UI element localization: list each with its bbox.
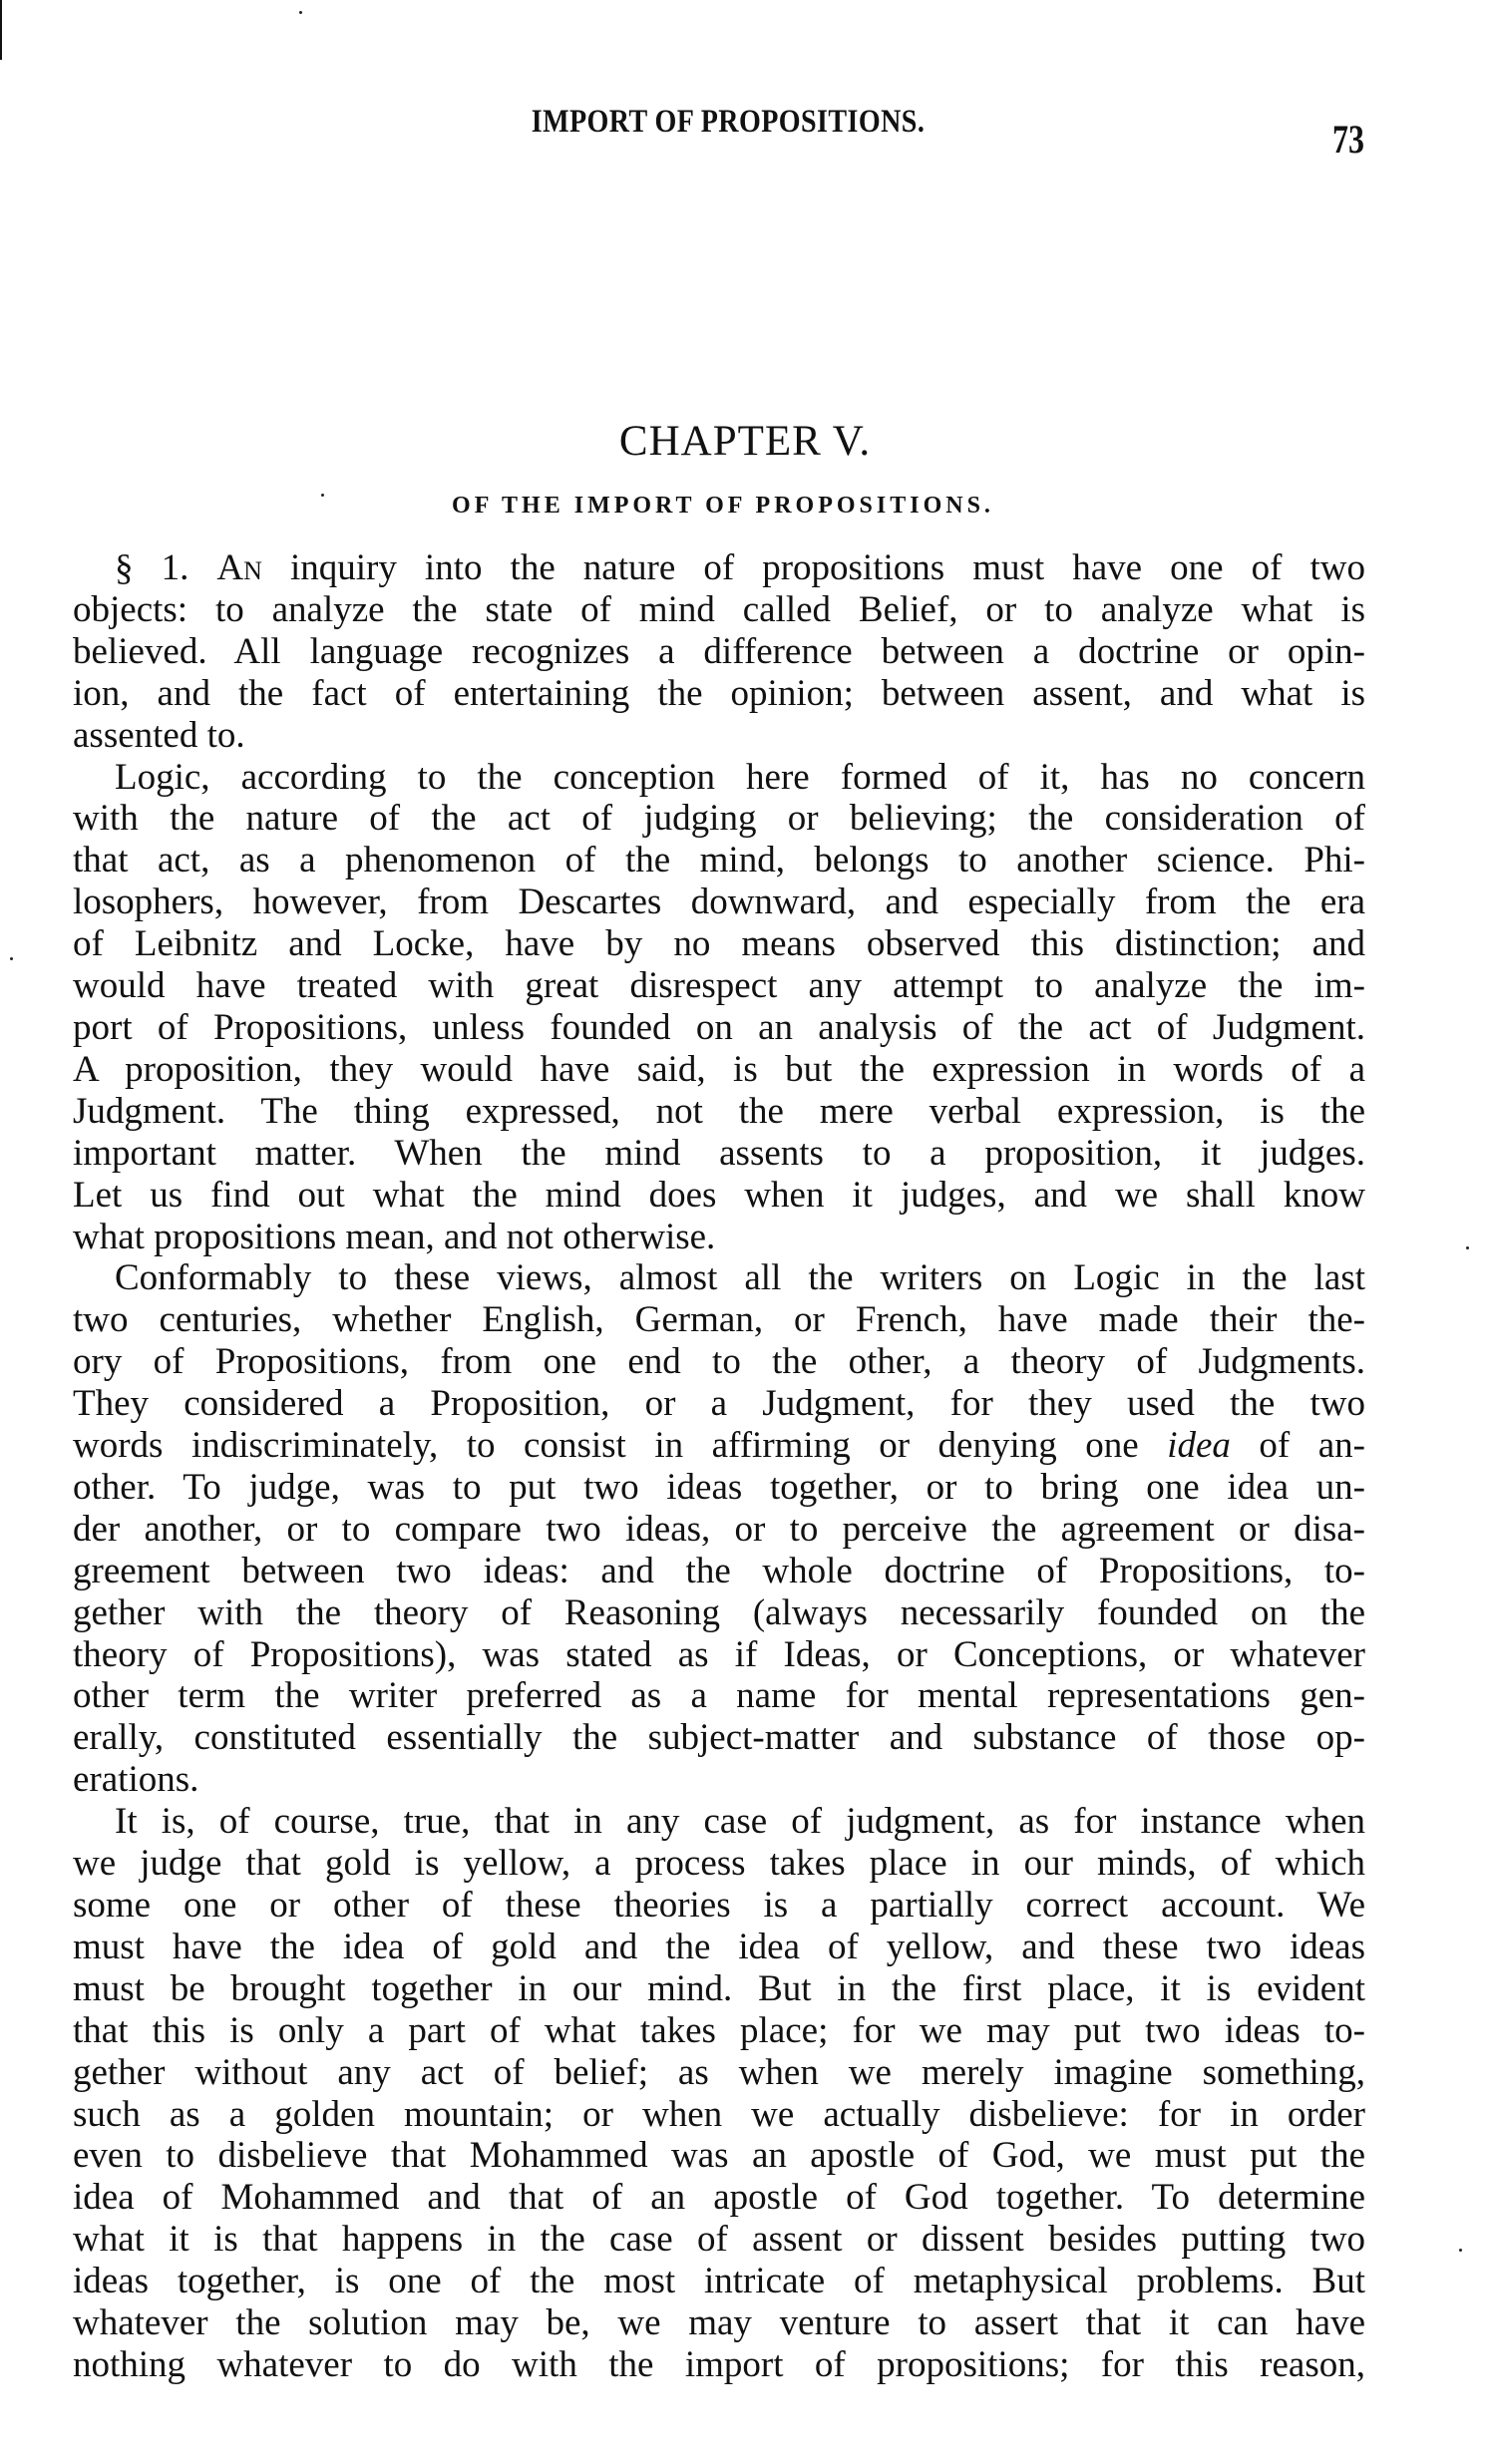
- scan-speck: [10, 957, 13, 960]
- text-line: Conformably to these views, almost all t…: [73, 1257, 1365, 1299]
- scan-speck: [299, 11, 302, 14]
- body-text: § 1. An inquiry into the nature of propo…: [73, 547, 1365, 2386]
- chapter-subtitle: OF THE IMPORT OF PROPOSITIONS.: [0, 493, 1446, 520]
- scan-speck: [1466, 1246, 1469, 1249]
- text-line: other term the writer preferred as a nam…: [73, 1675, 1365, 1717]
- text-line: important matter. When the mind assents …: [73, 1133, 1365, 1175]
- section-marker: § 1.: [115, 547, 188, 588]
- text-line: erally, constituted essentially the subj…: [73, 1717, 1365, 1759]
- text-line: theory of Propositions), was stated as i…: [73, 1634, 1365, 1676]
- text-line: A proposition, they would have said, is …: [73, 1049, 1365, 1091]
- scan-edge-mark: [0, 0, 2, 60]
- text-line: words indiscriminately, to consist in af…: [73, 1425, 1365, 1467]
- text-line: idea of Mohammed and that of an apostle …: [73, 2177, 1365, 2219]
- text-line: such as a golden mountain; or when we ac…: [73, 2094, 1365, 2136]
- chapter-title: CHAPTER V.: [0, 417, 1490, 466]
- text-line: two centuries, whether English, German, …: [73, 1299, 1365, 1341]
- text-line: must be brought together in our mind. Bu…: [73, 1968, 1365, 2010]
- text-line: der another, or to compare two ideas, or…: [73, 1509, 1365, 1551]
- text-line: They considered a Proposition, or a Judg…: [73, 1383, 1365, 1425]
- text-line: that act, as a phenomenon of the mind, b…: [73, 840, 1365, 881]
- text-line: what it is that happens in the case of a…: [73, 2219, 1365, 2261]
- text-line: losophers, however, from Descartes downw…: [73, 881, 1365, 923]
- text-line: even to disbelieve that Mohammed was an …: [73, 2135, 1365, 2177]
- text-line: objects: to analyze the state of mind ca…: [73, 589, 1365, 631]
- text-line: § 1. An inquiry into the nature of propo…: [73, 547, 1365, 589]
- text-line: believed. All language recognizes a diff…: [73, 631, 1365, 673]
- text-line: port of Propositions, unless founded on …: [73, 1007, 1365, 1049]
- text-line: whatever the solution may be, we may ven…: [73, 2302, 1365, 2344]
- text-line: must have the idea of gold and the idea …: [73, 1927, 1365, 1968]
- text-line: we judge that gold is yellow, a process …: [73, 1843, 1365, 1885]
- text-line: with the nature of the act of judging or…: [73, 798, 1365, 840]
- running-head: IMPORT OF PROPOSITIONS.: [517, 104, 940, 141]
- paragraph: Logic, according to the conception here …: [73, 757, 1365, 1258]
- text-line: ion, and the fact of entertaining the op…: [73, 673, 1365, 715]
- text-line: Logic, according to the conception here …: [73, 757, 1365, 799]
- text-line: ory of Propositions, from one end to the…: [73, 1341, 1365, 1383]
- text-line: would have treated with great disrespect…: [73, 965, 1365, 1007]
- paragraph: § 1. An inquiry into the nature of propo…: [73, 547, 1365, 757]
- scan-speck: [1459, 2249, 1462, 2252]
- italic-term: idea: [1167, 1425, 1231, 1466]
- text-line: of Leibnitz and Locke, have by no means …: [73, 923, 1365, 965]
- text-line: gether with the theory of Reasoning (alw…: [73, 1592, 1365, 1634]
- page-number: 73: [1332, 116, 1364, 163]
- paragraph: Conformably to these views, almost all t…: [73, 1257, 1365, 1801]
- text-line: It is, of course, true, that in any case…: [73, 1801, 1365, 1843]
- text-line: what propositions mean, and not otherwis…: [73, 1217, 1365, 1258]
- paragraph: It is, of course, true, that in any case…: [73, 1801, 1365, 2386]
- text-line: that this is only a part of what takes p…: [73, 2010, 1365, 2052]
- text-line: other. To judge, was to put two ideas to…: [73, 1467, 1365, 1509]
- text-line: Let us find out what the mind does when …: [73, 1175, 1365, 1217]
- text-line: gether without any act of belief; as whe…: [73, 2052, 1365, 2094]
- text-line: greement between two ideas: and the whol…: [73, 1551, 1365, 1592]
- text-line: assented to.: [73, 715, 1365, 757]
- text-line: nothing whatever to do with the import o…: [73, 2344, 1365, 2386]
- section-lead-word: An: [216, 547, 262, 588]
- text-line: erations.: [73, 1759, 1365, 1801]
- text-line: Judgment. The thing expressed, not the m…: [73, 1091, 1365, 1133]
- text-line: ideas together, is one of the most intri…: [73, 2261, 1365, 2302]
- text-line: some one or other of these theories is a…: [73, 1885, 1365, 1927]
